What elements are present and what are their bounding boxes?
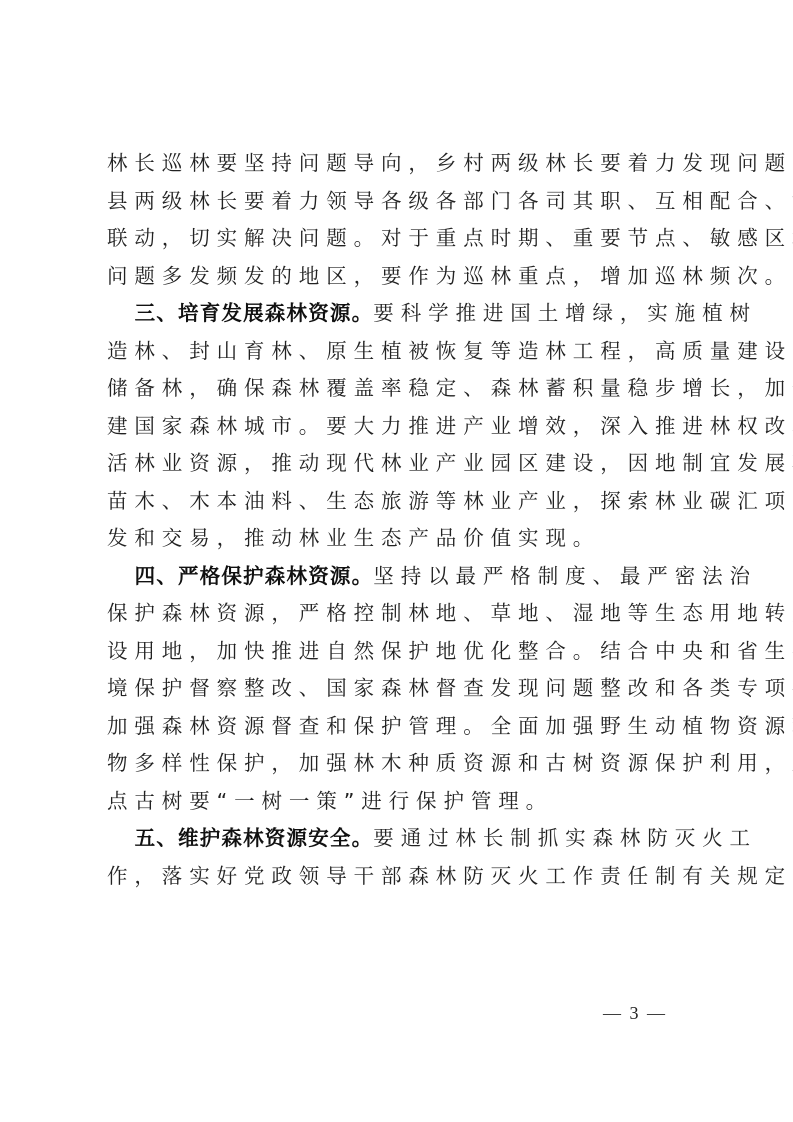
text-line: 活林业资源，推动现代林业产业园区建设，因地制宜发展花卉 <box>107 445 697 483</box>
text-line: 境保护督察整改、国家森林督查发现问题整改和各类专项行动， <box>107 670 697 708</box>
text-line: 保护森林资源，严格控制林地、草地、湿地等生态用地转为建 <box>107 595 697 633</box>
section-heading: 四、严格保护森林资源。 <box>135 564 374 588</box>
document-page: 林长巡林要坚持问题导向，乡村两级林长要着力发现问题，市 县两级林长要着力领导各级… <box>0 0 793 1122</box>
section-heading: 五、维护森林资源安全。 <box>135 826 374 850</box>
section-first-line: 四、严格保护森林资源。坚持以最严格制度、最严密法治 <box>107 558 697 596</box>
document-body: 林长巡林要坚持问题导向，乡村两级林长要着力发现问题，市 县两级林长要着力领导各级… <box>107 145 697 895</box>
text-line: 储备林，确保森林覆盖率稳定、森林蓄积量稳步增长，加快创 <box>107 370 697 408</box>
section-first-line: 三、培育发展森林资源。要科学推进国土增绿，实施植树 <box>107 295 697 333</box>
section-text: 要通过林长制抓实森林防灭火工 <box>373 826 757 850</box>
text-line: 苗木、木本油料、生态旅游等林业产业，探索林业碳汇项目开 <box>107 483 697 521</box>
page-number: — 3 — <box>595 1003 675 1024</box>
text-line: 林长巡林要坚持问题导向，乡村两级林长要着力发现问题，市 <box>107 145 697 183</box>
text-line: 设用地，加快推进自然保护地优化整合。结合中央和省生态环 <box>107 633 697 671</box>
text-line: 建国家森林城市。要大力推进产业增效，深入推进林权改革盘 <box>107 408 697 446</box>
text-line: 问题多发频发的地区，要作为巡林重点，增加巡林频次。 <box>107 258 697 296</box>
section-text: 要科学推进国土增绿，实施植树 <box>373 301 757 325</box>
text-line: 点古树要“一树一策”进行保护管理。 <box>107 783 697 821</box>
text-line: 联动，切实解决问题。对于重点时期、重要节点、敏感区域及 <box>107 220 697 258</box>
text-line: 县两级林长要着力领导各级各部门各司其职、互相配合、协调 <box>107 183 697 221</box>
section-first-line: 五、维护森林资源安全。要通过林长制抓实森林防灭火工 <box>107 820 697 858</box>
text-line: 作，落实好党政领导干部森林防灭火工作责任制有关规定，通 <box>107 858 697 896</box>
section-heading: 三、培育发展森林资源。 <box>135 301 374 325</box>
text-line: 造林、封山育林、原生植被恢复等造林工程，高质量建设国家 <box>107 333 697 371</box>
text-line: 发和交易，推动林业生态产品价值实现。 <box>107 520 697 558</box>
section-text: 坚持以最严格制度、最严密法治 <box>373 564 757 588</box>
text-line: 物多样性保护，加强林木种质资源和古树资源保护利用，对重 <box>107 745 697 783</box>
text-line: 加强森林资源督查和保护管理。全面加强野生动植物资源和生 <box>107 708 697 746</box>
